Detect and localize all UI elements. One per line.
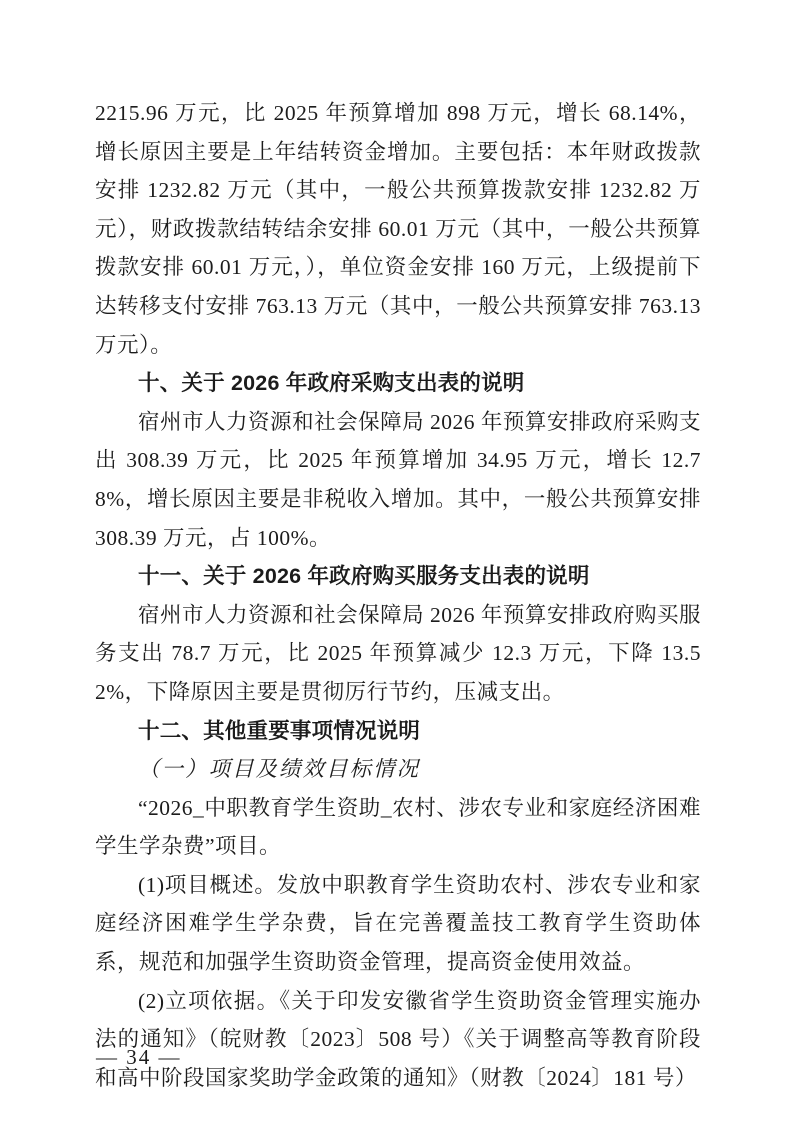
page-number: — 34 —: [96, 1038, 182, 1076]
document-body: 2215.96 万元，比 2025 年预算增加 898 万元，增长 68.14%…: [95, 94, 701, 1097]
section-heading-11-purchased-services: 十一、关于 2026 年政府购买服务支出表的说明: [95, 557, 701, 596]
paragraph-carryover-budget-continued: 2215.96 万元，比 2025 年预算增加 898 万元，增长 68.14%…: [95, 94, 701, 364]
paragraph-project-legal-basis: (2)立项依据。《关于印发安徽省学生资助资金管理实施办法的通知》（皖财教〔202…: [95, 982, 701, 1098]
paragraph-project-overview: (1)项目概述。发放中职教育学生资助农村、涉农专业和家庭经济困难学生学杂费，旨在…: [95, 866, 701, 982]
section-heading-12-other-important-matters: 十二、其他重要事项情况说明: [95, 712, 701, 751]
paragraph-project-name: “2026_中职教育学生资助_农村、涉农专业和家庭经济困难学生学杂费”项目。: [95, 789, 701, 866]
document-page: 2215.96 万元，比 2025 年预算增加 898 万元，增长 68.14%…: [0, 0, 793, 1122]
paragraph-government-procurement: 宿州市人力资源和社会保障局 2026 年预算安排政府采购支出 308.39 万元…: [95, 403, 701, 557]
subheading-project-performance-targets: （一）项目及绩效目标情况: [95, 750, 701, 789]
section-heading-10-government-procurement: 十、关于 2026 年政府采购支出表的说明: [95, 364, 701, 403]
paragraph-purchased-services: 宿州市人力资源和社会保障局 2026 年预算安排政府购买服务支出 78.7 万元…: [95, 596, 701, 712]
